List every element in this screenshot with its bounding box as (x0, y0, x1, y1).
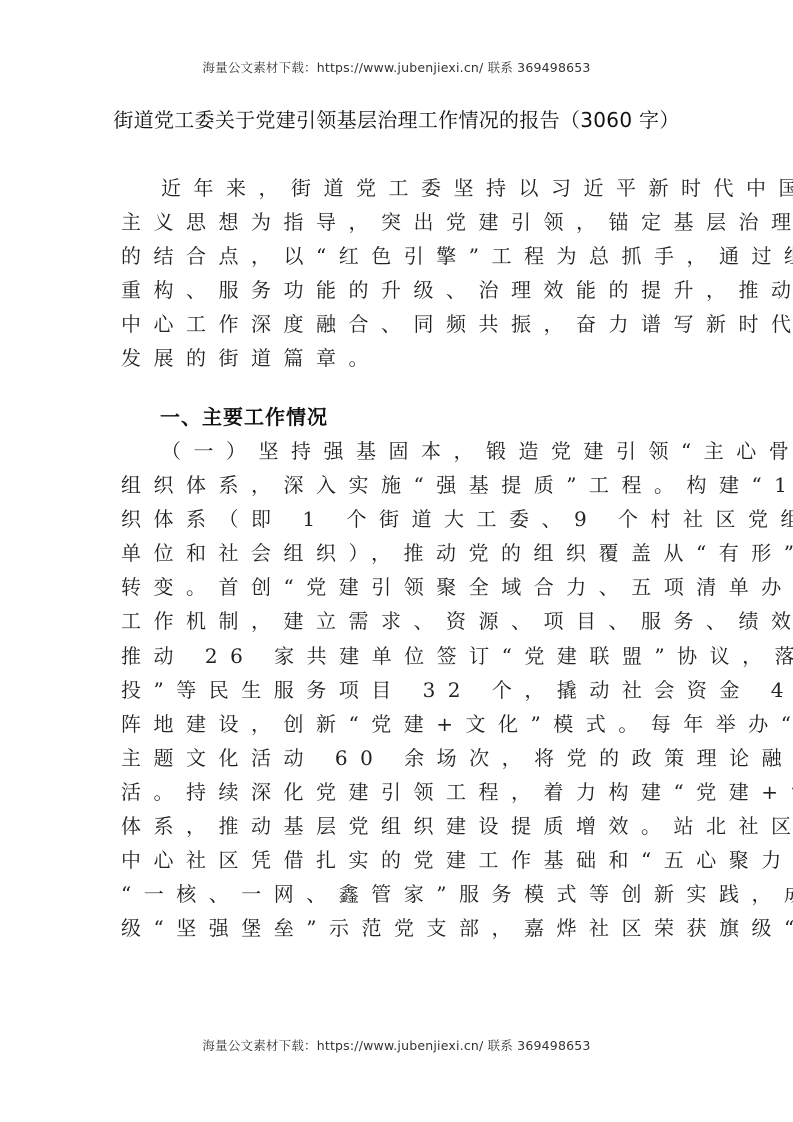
text-line: 体系，推动基层党组织建设提质增效。站北社区、鑫凯社区、 (121, 809, 677, 843)
intro-paragraph: 近年来，街道党工委坚持以习近平新时代中国特色社会 主义思想为指导，突出党建引领，… (121, 171, 677, 376)
document-title: 街道党工委关于党建引领基层治理工作情况的报告（3060 字） (0, 104, 793, 133)
text-line: 转变。首创“党建引领聚全域合力、五项清单办好民心事” (121, 570, 677, 604)
section-paragraph: （一）坚持强基固本，锻造党建引领“主心骨”。优化 组织体系，深入实施“强基提质”… (121, 434, 677, 945)
text-line: 级“坚强堡垒”示范党支部，嘉烨社区荣获旗级“坚强堡垒” (121, 911, 677, 945)
text-line: 工作机制，建立需求、资源、项目、服务、绩效“五项清单”， (121, 604, 677, 638)
text-line: 组织体系，深入实施“强基提质”工程。构建“1+9+N”组 (121, 468, 677, 502)
text-line: 活。持续深化党建引领工程，着力构建“党建+”辐射带动 (121, 775, 677, 809)
text-line: 织体系（即 1 个街道大工委、9 个村社区党组织、N 个辖区 (121, 502, 677, 536)
section-heading: 一、主要工作情况 (160, 401, 328, 430)
text-line: （一）坚持强基固本，锻造党建引领“主心骨”。优化 (121, 434, 677, 468)
text-line: 单位和社会组织），推动党的组织覆盖从“有形”向“有效” (121, 536, 677, 570)
text-line: 发展的街道篇章。 (121, 341, 677, 375)
text-line: “一核、一网、鑫管家”服务模式等创新实践，成功获评市 (121, 877, 677, 911)
text-line: 中心社区凭借扎实的党建工作基础和“五心聚力”工作法、 (121, 843, 677, 877)
text-line: 阵地建设，创新“党建+文化”模式。每年举办“民俗节日” (121, 707, 677, 741)
text-line: 的结合点，以“红色引擎”工程为总抓手，通过组织体系的 (121, 239, 677, 273)
text-line: 推动 26 家共建单位签订“党建联盟”协议，落地“红色创 (121, 639, 677, 673)
text-line: 重构、服务功能的升级、治理效能的提升，推动基层党建与 (121, 273, 677, 307)
text-line: 中心工作深度融合、同频共振，奋力谱写新时代街道高质量 (121, 307, 677, 341)
text-line: 近年来，街道党工委坚持以习近平新时代中国特色社会 (121, 171, 677, 205)
text-line: 主题文化活动 60 余场次，将党的政策理论融入群众文化生 (121, 741, 677, 775)
text-line: 主义思想为指导，突出党建引领，锚定基层治理与民生发展 (121, 205, 677, 239)
text-line: 投”等民生服务项目 32 个，撬动社会资金 40 余万元。强化 (121, 673, 677, 707)
page-footer-watermark: 海量公文素材下载：https://www.jubenjiexi.cn/ 联系 3… (0, 1036, 793, 1054)
page-header-watermark: 海量公文素材下载：https://www.jubenjiexi.cn/ 联系 3… (0, 58, 793, 76)
